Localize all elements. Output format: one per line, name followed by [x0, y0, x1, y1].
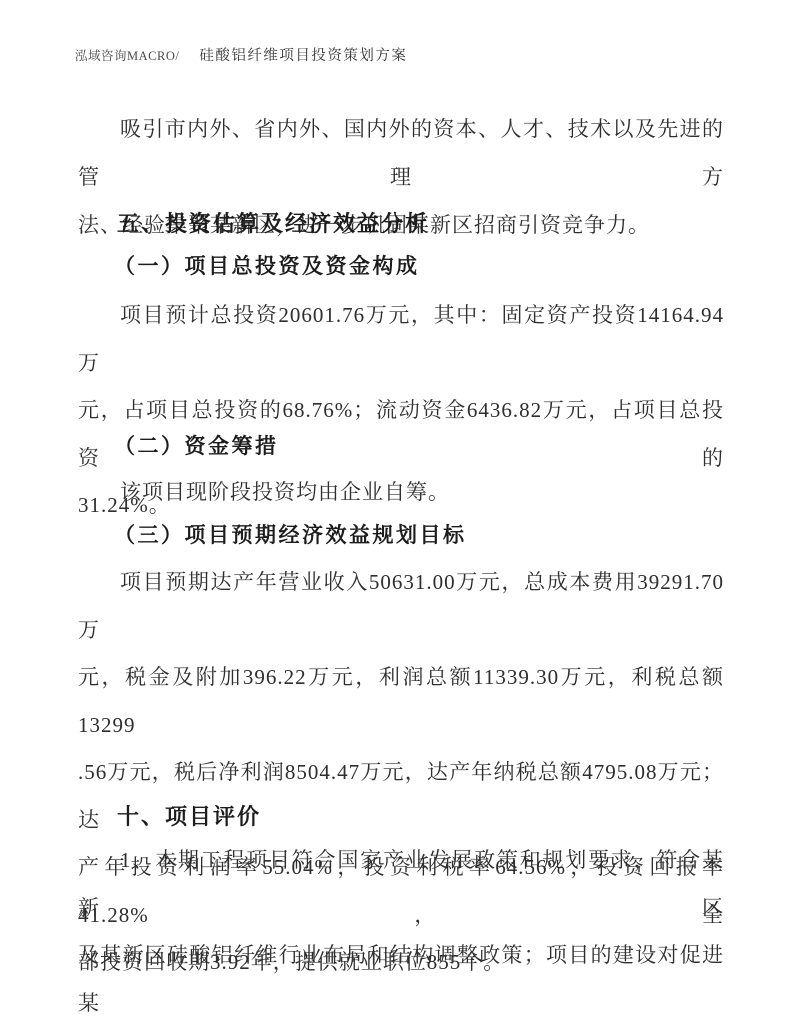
paragraph-line: 元，税金及附加396.22万元，利润总额11339.30万元，利税总额13299 [78, 654, 724, 749]
subsection-heading-5-2: （二）资金筹措 [78, 424, 724, 468]
paragraph-line: 及某新区硅酸铝纤维行业布局和结构调整政策；项目的建设对促进某 [78, 932, 724, 1027]
paragraph-line: 1、本期工程项目符合国家产业发展政策和规划要求，符合某新区 [78, 837, 724, 932]
document-title: 硅酸铝纤维项目投资策划方案 [199, 44, 407, 65]
paragraph-line: 项目预计总投资20601.76万元，其中：固定资产投资14164.94万 [78, 292, 724, 387]
paragraph-line: 该项目现阶段投资均由企业自筹。 [78, 468, 724, 516]
subsection-heading-text: （三）项目预期经济效益规划目标 [78, 513, 724, 557]
paragraph-line: 项目预期达产年营业收入50631.00万元，总成本费用39291.70万 [78, 559, 724, 654]
document-page: 泓域咨询MACRO/ 硅酸铝纤维项目投资策划方案 吸引市内外、省内外、国内外的资… [0, 0, 800, 1036]
funding-paragraph: 该项目现阶段投资均由企业自筹。 [78, 468, 724, 516]
page-header: 泓域咨询MACRO/ 硅酸铝纤维项目投资策划方案 [75, 44, 407, 65]
paragraph-line: 吸引市内外、省内外、国内外的资本、人才、技术以及先进的管理方 [78, 105, 724, 201]
subsection-heading-text: （一）项目总投资及资金构成 [78, 244, 724, 288]
subsection-heading-text: （二）资金筹措 [78, 424, 724, 468]
section-heading-5: 五、投资估算及经济效益分析 [78, 202, 724, 246]
subsection-heading-5-3: （三）项目预期经济效益规划目标 [78, 513, 724, 557]
section-heading-text: 五、投资估算及经济效益分析 [78, 202, 724, 246]
section-heading-text: 十、项目评价 [78, 795, 724, 839]
subsection-heading-5-1: （一）项目总投资及资金构成 [78, 244, 724, 288]
section-heading-10: 十、项目评价 [78, 795, 724, 839]
project-evaluation-paragraph: 1、本期工程项目符合国家产业发展政策和规划要求，符合某新区 及某新区硅酸铝纤维行… [78, 837, 724, 1027]
consulting-brand-label: 泓域咨询MACRO/ [75, 46, 179, 64]
